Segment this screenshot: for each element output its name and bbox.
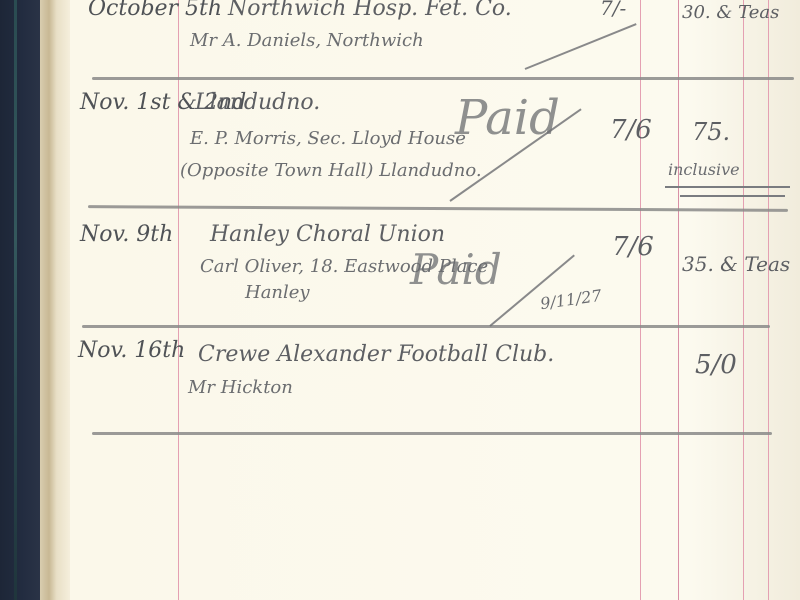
paid-stamp: Paid (455, 90, 560, 146)
entry-terms: 35. & Teas (682, 252, 790, 276)
ruling-column-line (768, 0, 769, 600)
entry-fee-mark: 7/- (600, 0, 626, 20)
entry-terms-note: inclusive (668, 160, 740, 179)
binding-thread (14, 0, 17, 600)
page-edge (40, 0, 70, 600)
underline (665, 186, 790, 188)
entry-terms: 75. (692, 118, 730, 146)
entry-contact: E. P. Morris, Sec. Lloyd House (190, 128, 466, 149)
entry-divider (92, 432, 772, 435)
entry-fee-mark: 7/6 (610, 115, 652, 145)
entry-fee-mark: 5/0 (695, 350, 737, 380)
entry-date: Nov. 16th (78, 338, 185, 363)
entry-divider (82, 325, 770, 328)
entry-contact-line2: (Opposite Town Hall) Llandudno. (180, 160, 482, 181)
ruling-column-line (640, 0, 641, 600)
entry-terms: 30. & Teas (682, 2, 779, 23)
entry-engagement: Llandudno. (195, 90, 320, 115)
paid-stamp: Paid (410, 245, 502, 294)
ruling-column-line (743, 0, 744, 600)
entry-engagement: Crewe Alexander Football Club. (198, 342, 554, 367)
entry-date: Nov. 9th (80, 222, 173, 247)
entry-divider (92, 77, 794, 80)
underline (680, 195, 785, 197)
entry-fee-mark: 7/6 (612, 232, 654, 262)
book-binding (0, 0, 40, 600)
entry-contact: Mr A. Daniels, Northwich (190, 30, 424, 51)
ruling-column-line (678, 0, 679, 600)
entry-engagement: Northwich Hosp. Fet. Co. (228, 0, 512, 21)
entry-date: October 5th (88, 0, 222, 21)
entry-contact-line2: Hanley (245, 282, 310, 303)
entry-engagement: Hanley Choral Union (210, 222, 445, 247)
entry-contact: Mr Hickton (188, 377, 293, 398)
